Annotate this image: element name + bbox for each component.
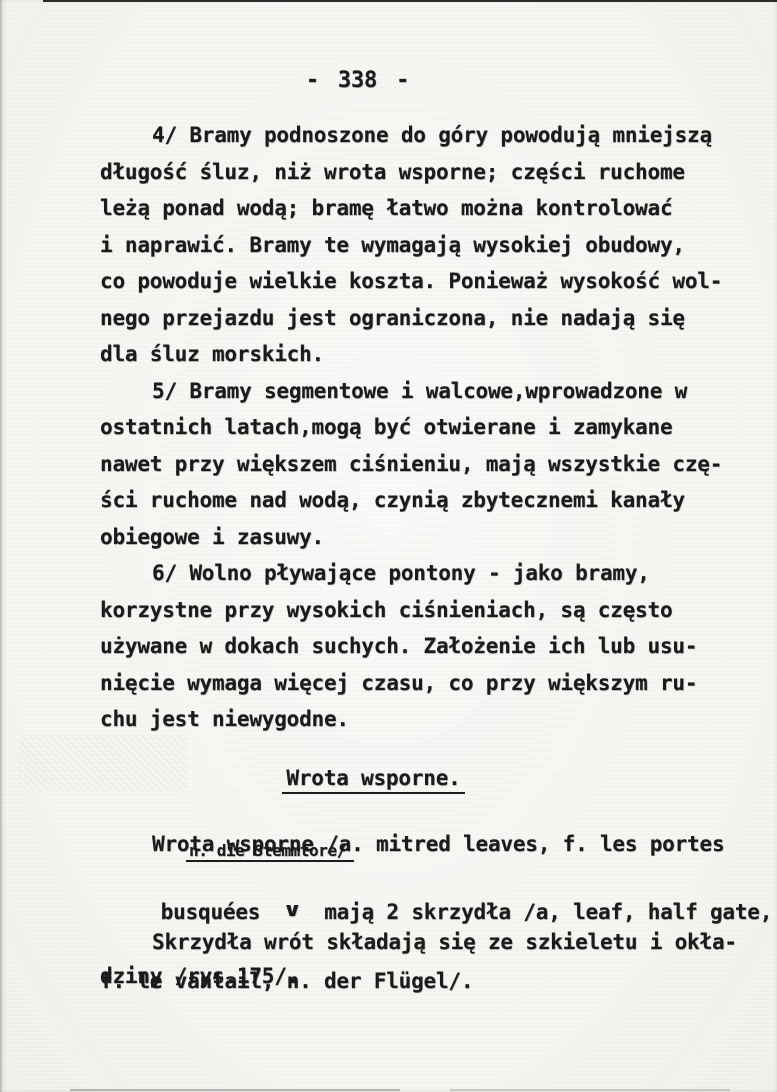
text-line: obiegowe i zasuwy. xyxy=(100,519,745,556)
text-line: 5/ Bramy segmentowe i walcowe,wprowadzon… xyxy=(100,373,745,410)
section-heading-text: Wrota wsporne. xyxy=(282,766,464,794)
text-line: dla śluz morskich. xyxy=(100,336,745,373)
scan-edge-top xyxy=(43,0,777,2)
text-line: nawet przy większem ciśnieniu, mają wszy… xyxy=(100,446,745,483)
text-line: nięcie wymaga więcej czasu, co przy więk… xyxy=(100,665,745,702)
text-line: co powoduje wielkie koszta. Ponieważ wys… xyxy=(100,263,745,300)
text-line: długość śluz, niż wrota wsporne; części … xyxy=(100,154,745,191)
text-line: i naprawić. Bramy te wymagają wysokiej o… xyxy=(100,227,745,264)
text-line: 4/ Bramy podnoszone do góry powodują mni… xyxy=(100,117,745,154)
scan-edge-bottom-left xyxy=(70,1089,400,1091)
page-number: - 338 - xyxy=(0,68,746,93)
line2-suffix: mają 2 skrzydła /a, leaf, half gate, xyxy=(324,900,772,924)
caret-mark: ∨ xyxy=(244,893,340,927)
text-line: ostatnich latach,mogą być otwierane i za… xyxy=(100,409,745,446)
text-line: dziny /rys.175/. xyxy=(100,959,745,993)
text-line: używane w dokach suchych. Założenie ich … xyxy=(100,628,745,665)
closing-paragraph: Skrzydła wrót składają się ze szkieletu … xyxy=(100,925,745,993)
text-line: nego przejazdu jest ograniczona, nie nad… xyxy=(100,300,745,337)
scan-edge-bottom-right xyxy=(450,1089,730,1091)
text-line: ści ruchome nad wodą, czynią zbytecznemi… xyxy=(100,482,745,519)
interlinear-insertion: n. die Stemmtore/ xyxy=(186,843,354,862)
scanned-document-page: - 338 - 4/ Bramy podnoszone do góry powo… xyxy=(0,0,777,1092)
text-line: leżą ponad wodą; bramę łatwo można kontr… xyxy=(100,190,745,227)
scan-edge-left xyxy=(0,0,3,1092)
text-line: 6/ Wolno pływające pontony - jako bramy, xyxy=(100,555,745,592)
text-line: Skrzydła wrót składają się ze szkieletu … xyxy=(100,925,745,959)
main-text-block: 4/ Bramy podnoszone do góry powodują mni… xyxy=(100,117,745,738)
section-heading: Wrota wsporne. xyxy=(0,766,762,794)
text-line: chu jest niewygodne. xyxy=(100,701,745,738)
text-line: korzystne przy wysokich ciśnieniach, są … xyxy=(100,592,745,629)
